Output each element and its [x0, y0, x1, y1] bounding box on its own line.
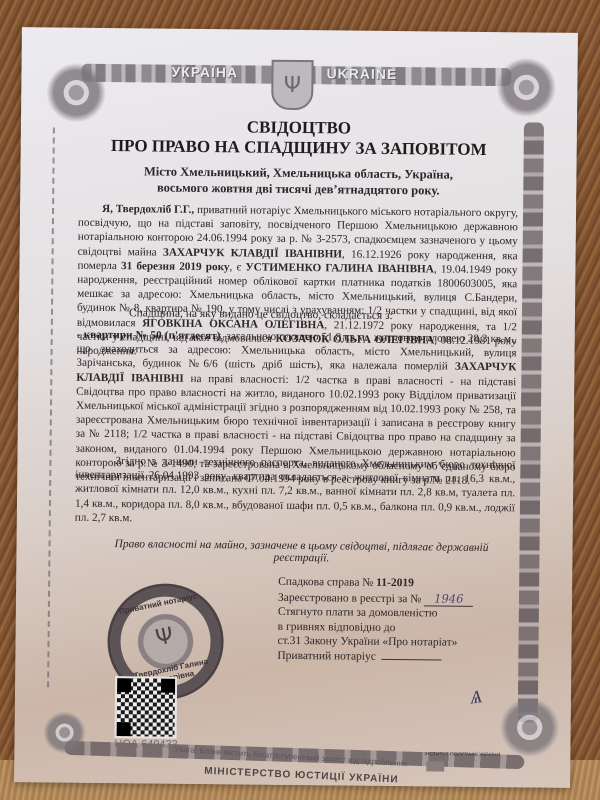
printer-mark-icon: [426, 761, 444, 771]
floral-corner-icon: [494, 692, 565, 763]
property-item: - квартири № 50 (п'ятдесят): [77, 329, 221, 343]
registry-number: 1946: [424, 591, 473, 607]
form-serial: НОА 649433: [114, 738, 177, 751]
ornament-border-right: [518, 122, 544, 722]
qr-code-icon: [115, 676, 178, 739]
printer-label: ІНСТИТУТ ПОЛІГРАФІЇ УКРАЇНИ: [424, 751, 500, 758]
registry-info: Спадкова справа № 11-2019 Зареєстровано …: [277, 575, 473, 665]
floral-corner-icon: [39, 707, 90, 758]
floral-corner-icon: [491, 52, 562, 123]
death-date: 31 березня 2019 року: [121, 260, 230, 273]
ministry-label: МІНІСТЕРСТВО ЮСТИЦІЇ УКРАЇНИ: [204, 766, 399, 786]
border-label-ukraina: УКРАЇНА: [171, 64, 238, 81]
signature-line: [382, 658, 442, 660]
inheritance-certificate: УКРАЇНА UKRAINE Ψ СВІДОЦТВО ПРО ПРАВО НА…: [14, 27, 578, 788]
case-number: 11-2019: [376, 577, 414, 589]
registration-note: Право власності на майно, зазначене в ць…: [86, 538, 516, 567]
trident-icon: Ψ: [147, 622, 183, 659]
notary-name: Я, Твердохліб Г.Г.,: [102, 203, 194, 216]
border-label-ukraine: UKRAINE: [326, 65, 397, 82]
notary-signature: Ѧ: [469, 686, 484, 708]
deceased-name: ЗАХАРЧУК КЛАВДІЇ ІВАНІВНИ: [163, 246, 342, 260]
trident-icon: Ψ: [271, 60, 314, 110]
paragraph-tech-passport: Згідно з даними технічного паспорта, вид…: [75, 454, 516, 530]
heir-name: УСТИМЕНКО ГАЛИНА ІВАНІВНА: [245, 261, 434, 275]
ornament-border-left: [47, 127, 65, 687]
